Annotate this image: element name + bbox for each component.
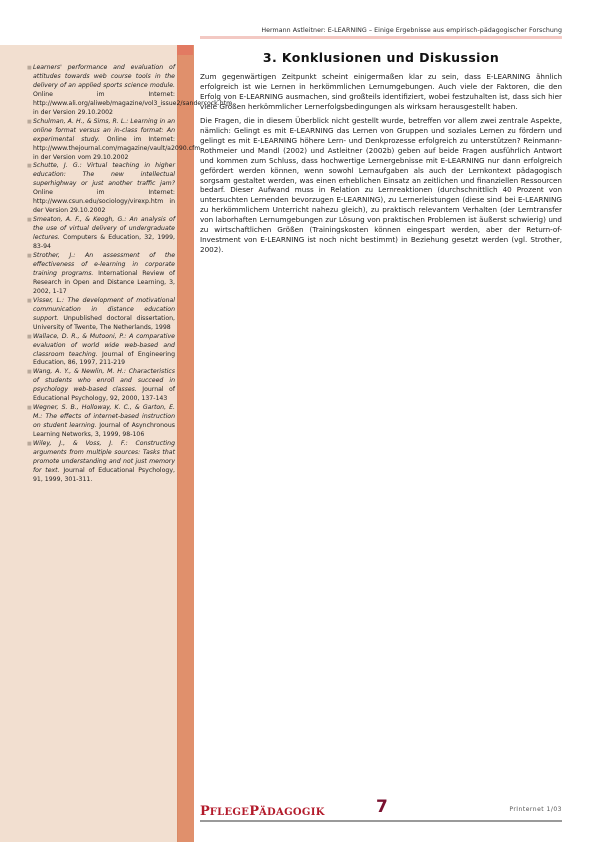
bullet-icon: ■ <box>27 404 32 413</box>
reference-item: ■Wallace, D. R., & Mutooni, P.: A compar… <box>33 333 175 369</box>
page-number: 7 <box>376 797 388 817</box>
sidebar-accent-bar <box>177 45 194 842</box>
bullet-icon: ■ <box>27 216 32 225</box>
bullet-icon: ■ <box>27 118 32 127</box>
bullet-icon: ■ <box>27 440 32 449</box>
reference-item: ■Smeaton, A. F., & Keogh, G.: An analysi… <box>33 216 175 252</box>
paragraph: Zum gegenwärtigen Zeitpunkt scheint eini… <box>200 72 562 112</box>
section-title: 3. Konklusionen und Diskussion <box>200 50 562 65</box>
bullet-icon: ■ <box>27 162 32 171</box>
reference-item: ■Learners' performance and evaluation of… <box>33 64 175 118</box>
journal-logo: PFLEGEPÄDAGOGIK <box>200 800 325 819</box>
main-content: 3. Konklusionen und Diskussion Zum gegen… <box>200 50 562 259</box>
reference-item: ■Wegner, S. B., Holloway, K. C., & Garto… <box>33 404 175 440</box>
reference-item: ■Visser, L.: The development of motivati… <box>33 297 175 333</box>
bullet-icon: ■ <box>27 297 32 306</box>
bullet-icon: ■ <box>27 368 32 377</box>
reference-item: ■Schutte, J. G.: Virtual teaching in hig… <box>33 162 175 216</box>
reference-item: ■Wang, A. Y., & Newlin, M. H.: Character… <box>33 368 175 404</box>
sidebar-accent-bar-top <box>177 45 193 55</box>
reference-list: ■Learners' performance and evaluation of… <box>33 64 175 485</box>
footer-rule <box>200 820 562 822</box>
reference-item: ■Strother, J.: An assessment of the effe… <box>33 252 175 297</box>
bullet-icon: ■ <box>27 252 32 261</box>
issue-label: PrInternet 1/03 <box>509 806 562 813</box>
running-header: Hermann Astleitner: E-LEARNING – Einige … <box>200 27 562 34</box>
header-rule <box>200 36 562 39</box>
paragraph: Die Fragen, die in diesem Überblick nich… <box>200 116 562 255</box>
reference-item: ■Schulman, A. H., & Sims, R. L.: Learnin… <box>33 118 175 163</box>
bullet-icon: ■ <box>27 64 32 73</box>
bullet-icon: ■ <box>27 333 32 342</box>
reference-item: ■Wiley, J., & Voss, J. F.: Constructing … <box>33 440 175 485</box>
